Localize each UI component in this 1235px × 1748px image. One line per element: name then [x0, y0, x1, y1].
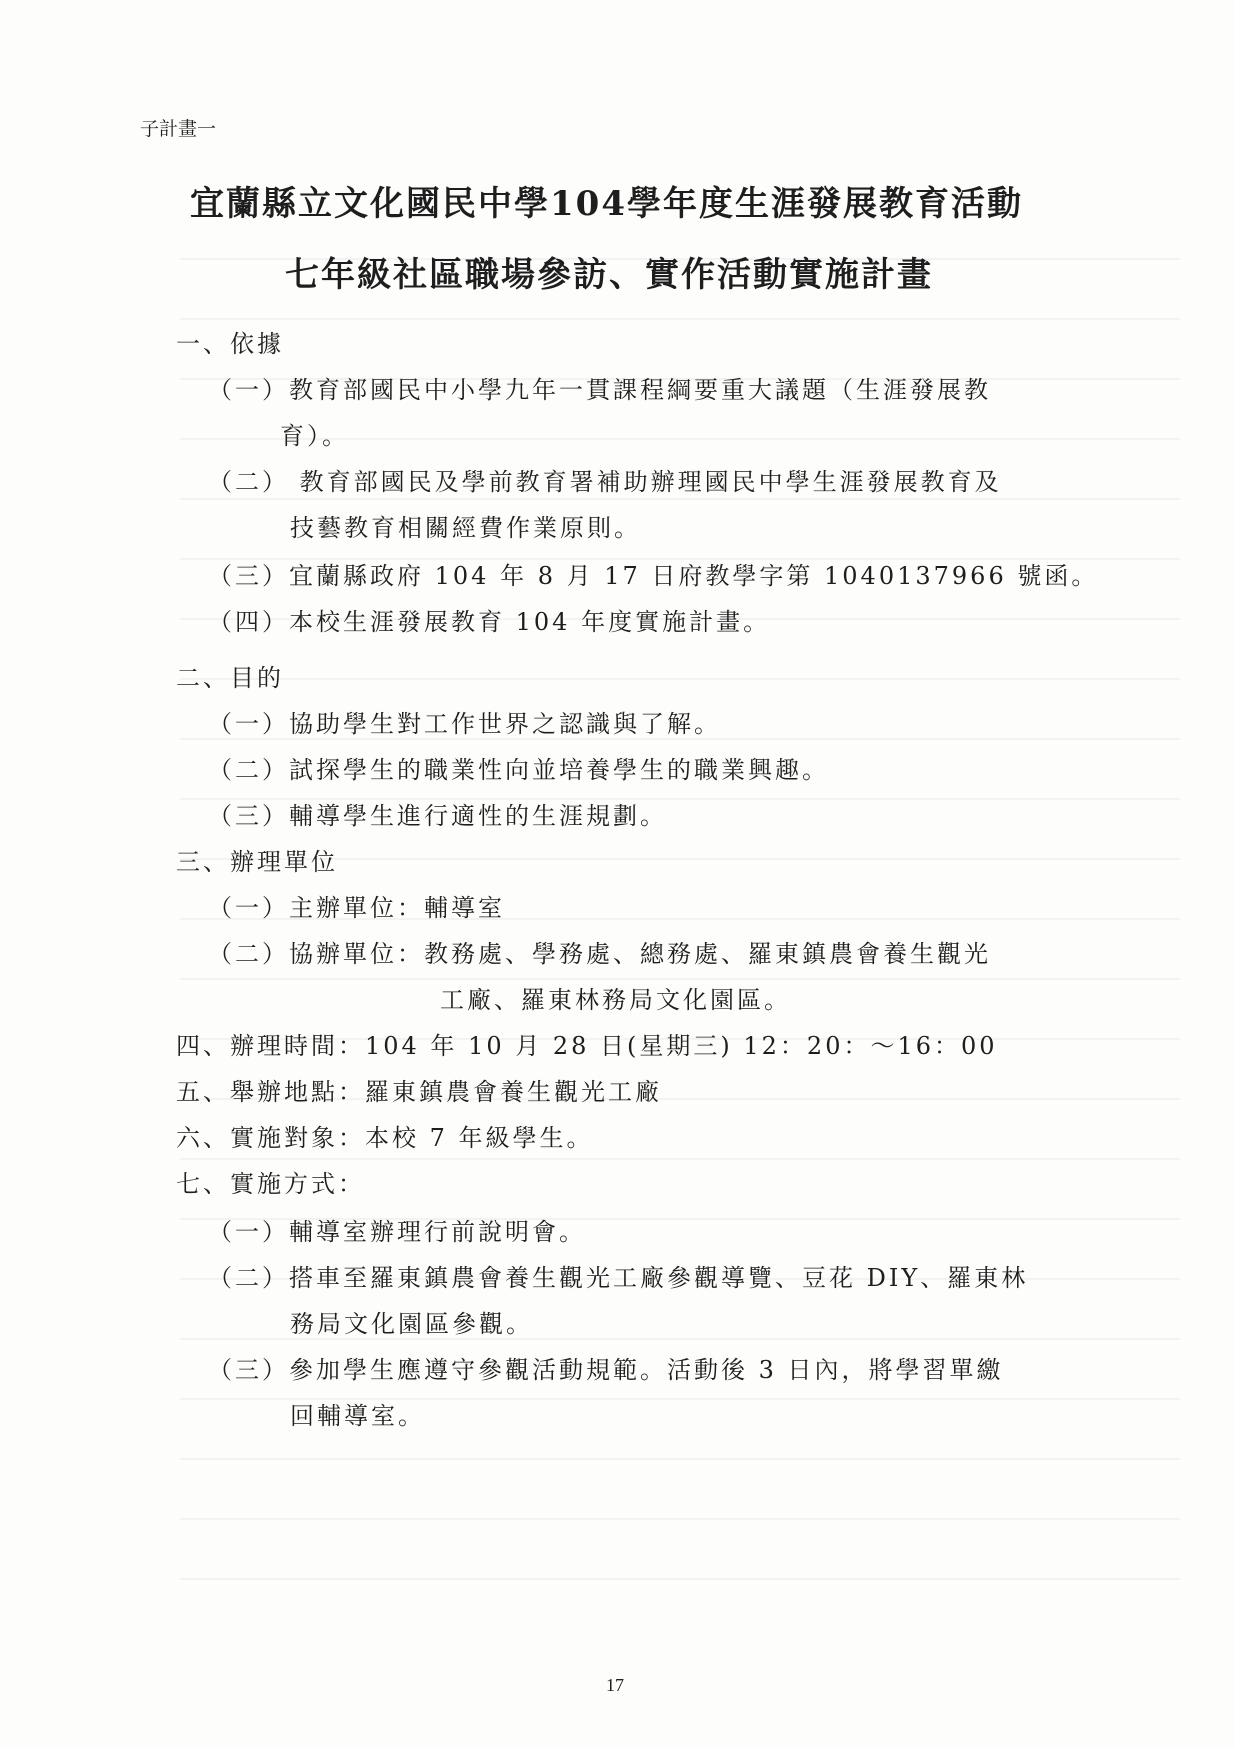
list-item: （三）宜蘭縣政府 104 年 8 月 17 日府教學字第 1040137966 …	[208, 556, 1098, 591]
target-participants: 六、實施對象：本校 7 年級學生。	[176, 1118, 594, 1153]
event-location: 五、舉辦地點：羅東鎮農會養生觀光工廠	[176, 1072, 662, 1107]
section-heading-purpose: 二、目的	[176, 658, 284, 693]
list-item: （三）參加學生應遵守參觀活動規範。活動後 3 日內，將學習單繳	[208, 1350, 1004, 1385]
document-page: 子計畫一 宜蘭縣立文化國民中學104學年度生涯發展教育活動 七年級社區職場參訪、…	[0, 0, 1235, 1748]
list-item: （一）協助學生對工作世界之認識與了解。	[208, 704, 721, 739]
section-heading-basis: 一、依據	[176, 324, 284, 359]
list-item-continuation: 技藝教育相關經費作業原則。	[290, 508, 641, 543]
list-item: （二） 教育部國民及學前教育署補助辦理國民中學生涯發展教育及	[208, 462, 1002, 497]
document-title-line-1: 宜蘭縣立文化國民中學104學年度生涯發展教育活動	[190, 176, 1023, 225]
list-item: （四）本校生涯發展教育 104 年度實施計畫。	[208, 602, 770, 637]
list-item: （一）主辦單位：輔導室	[208, 888, 505, 923]
list-item: （一）教育部國民中小學九年一貫課程綱要重大議題（生涯發展教	[208, 370, 991, 405]
page-number: 17	[606, 1675, 624, 1696]
list-item-continuation: 回輔導室。	[290, 1396, 425, 1431]
section-heading-method: 七、實施方式：	[176, 1164, 365, 1199]
list-item-continuation: 工廠、羅東林務局文化園區。	[440, 980, 791, 1015]
list-item-continuation: 育）。	[280, 416, 349, 451]
list-item: （二）協辦單位：教務處、學務處、總務處、羅東鎮農會養生觀光	[208, 934, 991, 969]
list-item: （三）輔導學生進行適性的生涯規劃。	[208, 796, 667, 831]
document-title-line-2: 七年級社區職場參訪、實作活動實施計畫	[285, 247, 933, 296]
subplan-label: 子計畫一	[140, 114, 216, 141]
list-item: （一）輔導室辦理行前說明會。	[208, 1212, 586, 1247]
list-item: （二）試探學生的職業性向並培養學生的職業興趣。	[208, 750, 829, 785]
section-heading-organizers: 三、辦理單位	[176, 842, 338, 877]
list-item: （二）搭車至羅東鎮農會養生觀光工廠參觀導覽、豆花 DIY、羅東林	[208, 1258, 1028, 1293]
list-item-continuation: 務局文化園區參觀。	[290, 1304, 533, 1339]
event-time: 四、辦理時間：104 年 10 月 28 日(星期三) 12：20：～16：00	[176, 1026, 998, 1061]
